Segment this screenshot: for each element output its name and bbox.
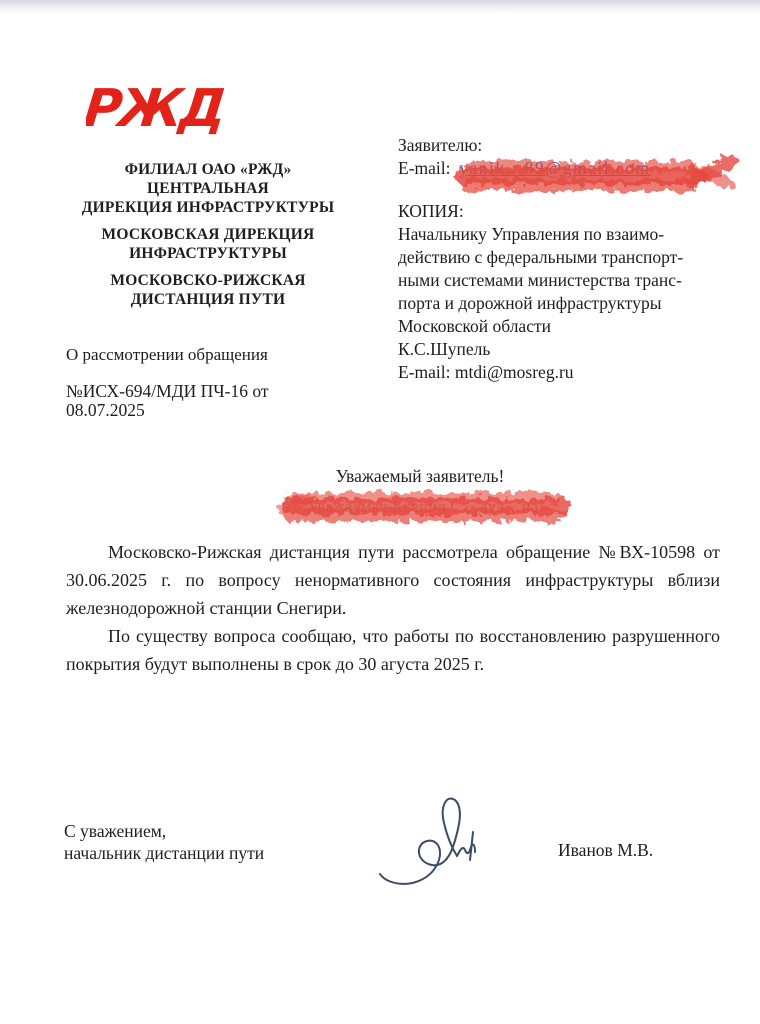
salutation: Уважаемый заявитель! xyxy=(90,466,750,487)
recipient-to-label: Заявителю: xyxy=(398,134,728,157)
sender-org-block: ФИЛИАЛ ОАО «РЖД» ЦЕНТРАЛЬНАЯ ДИРЕКЦИЯ ИН… xyxy=(58,160,358,317)
closing-block: С уважением, начальник дистанции пути xyxy=(64,820,264,864)
closing-line-2: начальник дистанции пути xyxy=(64,842,264,864)
applicant-email-link[interactable]: yanik…89@gmail.com xyxy=(459,158,650,178)
rzd-logo-text: РЖД xyxy=(86,79,226,139)
photo-edge-shadow xyxy=(0,0,760,14)
greeting-redaction-scribble xyxy=(276,488,576,528)
copy-block: КОПИЯ: Начальнику Управления по взаимо- … xyxy=(398,200,728,384)
rzd-logo-icon: РЖД xyxy=(86,72,226,142)
copy-line: Начальнику Управления по взаимо- xyxy=(398,223,728,246)
org-line: ФИЛИАЛ ОАО «РЖД» xyxy=(58,160,358,179)
copy-line: E-mail: mtdi@mosreg.ru xyxy=(398,361,728,384)
org-line: ДИРЕКЦИЯ ИНФРАСТРУКТУРЫ xyxy=(58,198,358,217)
recipient-block: Заявителю: E-mail: yanik…89@gmail.com КО… xyxy=(398,134,728,384)
copy-label: КОПИЯ: xyxy=(398,200,728,223)
letter-body: Московско-Рижская дистанция пути рассмот… xyxy=(66,538,720,678)
closing-line-1: С уважением, xyxy=(64,820,264,842)
subject-block: О рассмотрении обращения №ИСХ-694/МДИ ПЧ… xyxy=(66,345,376,420)
reference-line-1: №ИСХ-694/МДИ ПЧ-16 от xyxy=(66,382,376,401)
sender-org-group-2: МОСКОВСКАЯ ДИРЕКЦИЯ ИНФРАСТРУКТУРЫ xyxy=(58,225,358,263)
greeting-redaction: Уважаемая Ксения С…дул…на! xyxy=(276,488,576,528)
org-line: ЦЕНТРАЛЬНАЯ xyxy=(58,179,358,198)
subject-line: О рассмотрении обращения xyxy=(66,345,376,365)
email-label: E-mail: xyxy=(398,158,450,178)
copy-line: действию с федеральными транспорт- xyxy=(398,246,728,269)
copy-line: порта и дорожной инфраструктуры xyxy=(398,292,728,315)
org-line: МОСКОВСКО-РИЖСКАЯ xyxy=(58,271,358,290)
copy-line: Московской области xyxy=(398,315,728,338)
recipient-email-line: E-mail: yanik…89@gmail.com xyxy=(398,157,728,180)
signer-name: Иванов М.В. xyxy=(558,840,653,861)
body-paragraph-1: Московско-Рижская дистанция пути рассмот… xyxy=(66,538,720,622)
org-line: ДИСТАНЦИЯ ПУТИ xyxy=(58,290,358,309)
org-line: ИНФРАСТРУКТУРЫ xyxy=(58,244,358,263)
org-line: МОСКОВСКАЯ ДИРЕКЦИЯ xyxy=(58,225,358,244)
reference-number: №ИСХ-694/МДИ ПЧ-16 от 08.07.2025 xyxy=(66,382,376,420)
sender-org-group-3: МОСКОВСКО-РИЖСКАЯ ДИСТАНЦИЯ ПУТИ xyxy=(58,271,358,309)
copy-line: ными системами министерства транс- xyxy=(398,269,728,292)
letter-document: РЖД ФИЛИАЛ ОАО «РЖД» ЦЕНТРАЛЬНАЯ ДИРЕКЦИ… xyxy=(0,0,760,1024)
sender-org-group-1: ФИЛИАЛ ОАО «РЖД» ЦЕНТРАЛЬНАЯ ДИРЕКЦИЯ ИН… xyxy=(58,160,358,217)
copy-line: К.С.Шупель xyxy=(398,338,728,361)
reference-line-2: 08.07.2025 xyxy=(66,401,376,420)
handwritten-signature xyxy=(372,790,497,894)
body-paragraph-2: По существу вопроса сообщаю, что работы … xyxy=(66,622,720,678)
